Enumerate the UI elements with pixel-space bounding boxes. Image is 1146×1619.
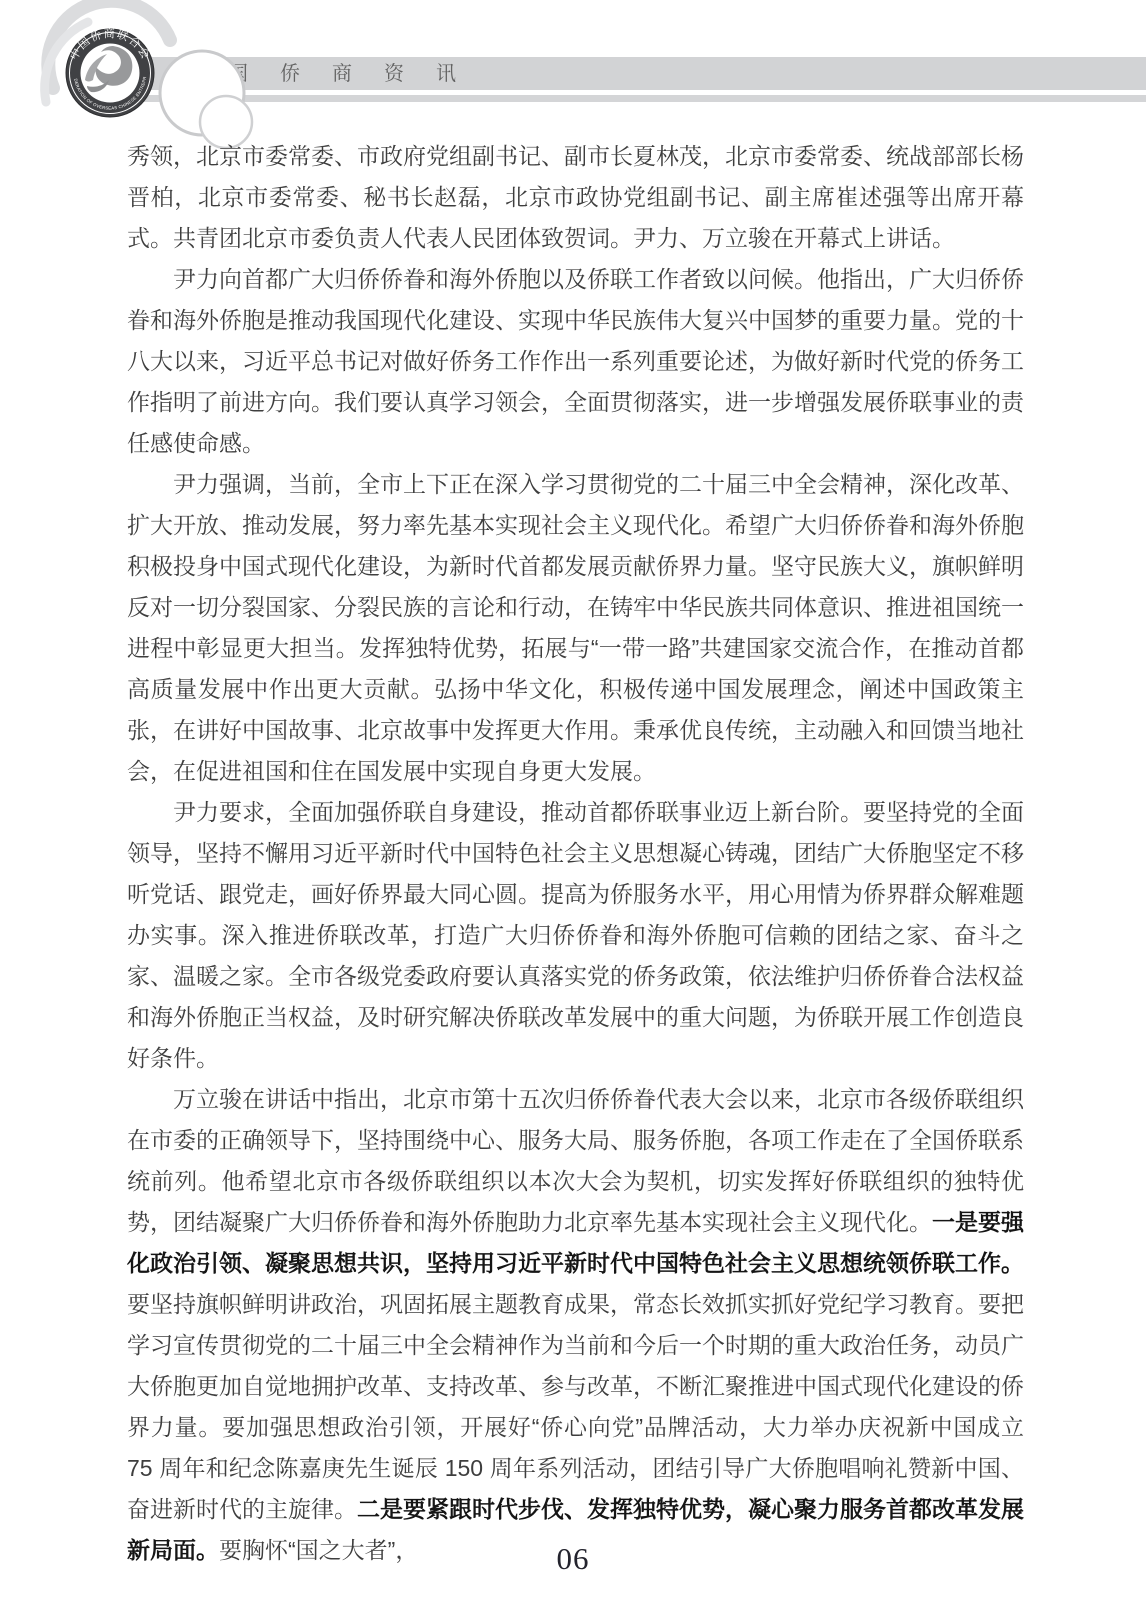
header-thin-bar xyxy=(132,95,1146,102)
paragraph: 尹力强调，当前，全市上下正在深入学习贯彻党的二十届三中全会精神，深化改革、扩大开… xyxy=(127,464,1024,792)
body-text: 尹力强调，当前，全市上下正在深入学习贯彻党的二十届三中全会精神，深化改革、扩大开… xyxy=(127,471,1024,784)
article-body: 秀领，北京市委常委、市政府党组副书记、副市长夏林茂，北京市委常委、统战部部长杨晋… xyxy=(127,136,1024,1571)
page-number: 06 xyxy=(0,1541,1146,1577)
body-text: 尹力要求，全面加强侨联自身建设，推动首都侨联事业迈上新台阶。要坚持党的全面领导，… xyxy=(127,799,1024,1071)
paragraph: 秀领，北京市委常委、市政府党组副书记、副市长夏林茂，北京市委常委、统战部部长杨晋… xyxy=(127,136,1024,259)
body-text: 万立骏在讲话中指出，北京市第十五次归侨侨眷代表大会以来，北京市各级侨联组织在市委… xyxy=(127,1086,1024,1235)
page: 中国侨商资讯 中国侨商联合会 CHINA FEDERATION OF OVERS… xyxy=(0,0,1146,1619)
body-text: 要坚持旗帜鲜明讲政治，巩固拓展主题教育成果，常态长效抓实抓好党纪学习教育。要把学… xyxy=(127,1291,1024,1522)
paragraph: 尹力要求，全面加强侨联自身建设，推动首都侨联事业迈上新台阶。要坚持党的全面领导，… xyxy=(127,792,1024,1079)
paragraph: 尹力向首都广大归侨侨眷和海外侨胞以及侨联工作者致以问候。他指出，广大归侨侨眷和海… xyxy=(127,259,1024,464)
body-text: 尹力向首都广大归侨侨眷和海外侨胞以及侨联工作者致以问候。他指出，广大归侨侨眷和海… xyxy=(127,266,1024,456)
paragraph: 万立骏在讲话中指出，北京市第十五次归侨侨眷代表大会以来，北京市各级侨联组织在市委… xyxy=(127,1079,1024,1571)
body-text: 秀领，北京市委常委、市政府党组副书记、副市长夏林茂，北京市委常委、统战部部长杨晋… xyxy=(127,143,1024,251)
federation-emblem-icon: 中国侨商联合会 CHINA FEDERATION OF OVERSEAS CHI… xyxy=(30,0,270,155)
